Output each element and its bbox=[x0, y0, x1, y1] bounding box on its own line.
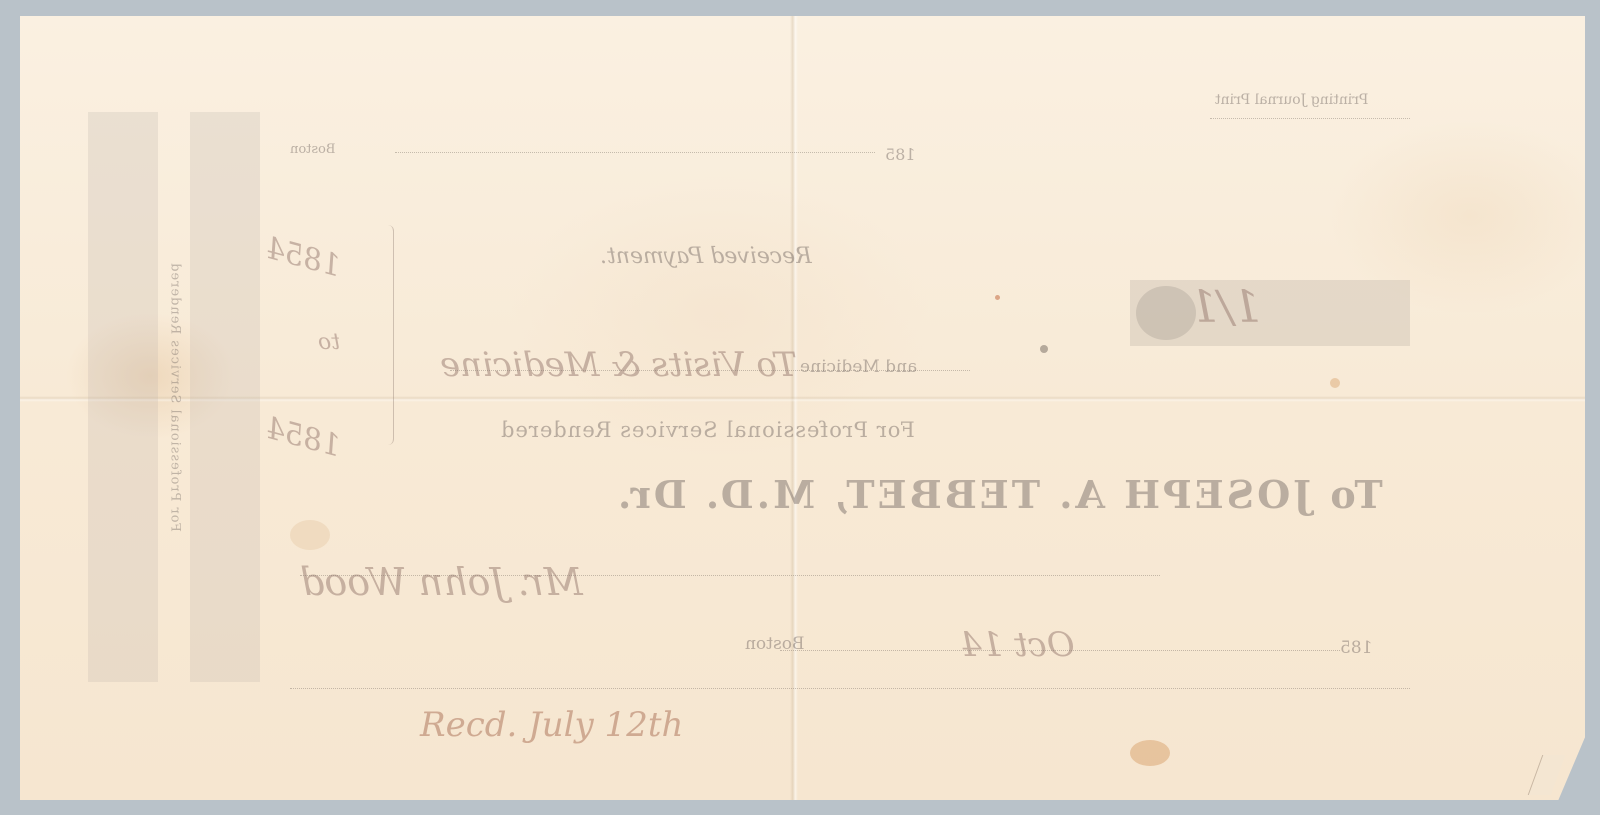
and-medicine-text: and Medicine bbox=[800, 357, 917, 377]
date-year: 185 bbox=[1340, 638, 1372, 658]
location-text: Boston bbox=[745, 634, 804, 654]
stub-vertical-text: For Professional Services Rendered bbox=[160, 112, 190, 682]
foxing-spot bbox=[1330, 378, 1340, 388]
foxing-spot bbox=[290, 520, 330, 550]
revenue-stamp bbox=[1130, 280, 1410, 346]
top-date-year: 185 bbox=[885, 145, 916, 164]
date-handwriting: Oct 14 bbox=[960, 625, 1075, 665]
date-bracket bbox=[385, 225, 394, 445]
patient-line bbox=[300, 575, 1160, 576]
vertical-fold-crease bbox=[790, 16, 798, 800]
pencil-notation: Recd. July 12th bbox=[420, 705, 683, 745]
date-line bbox=[780, 650, 1340, 651]
stamp-seal bbox=[1136, 286, 1196, 340]
physician-name: To JOSEPH A. TEBBET, M.D. Dr. bbox=[615, 472, 1383, 517]
received-payment-text: Received Payment. bbox=[600, 244, 812, 269]
printer-credit: Printing Journal Print bbox=[1215, 92, 1368, 108]
foxing-spot bbox=[1130, 740, 1170, 766]
top-date-prefix: Boston bbox=[290, 142, 335, 157]
stub-block-left bbox=[88, 112, 158, 682]
foxing-spot bbox=[995, 295, 1000, 300]
top-date-line bbox=[395, 152, 875, 153]
ink-speck bbox=[1040, 345, 1048, 353]
bottom-rule bbox=[290, 688, 1410, 689]
patient-handwriting: Mr. John Wood bbox=[300, 560, 583, 604]
services-handwriting: To Visits & Medicine bbox=[440, 345, 797, 385]
professional-services-text: For Professional Services Rendered bbox=[500, 418, 915, 442]
bracket-to: to bbox=[318, 330, 340, 355]
printer-underline bbox=[1210, 118, 1410, 119]
stamp-amount: 1/1 bbox=[1190, 282, 1261, 333]
stub-block-right bbox=[190, 112, 260, 682]
